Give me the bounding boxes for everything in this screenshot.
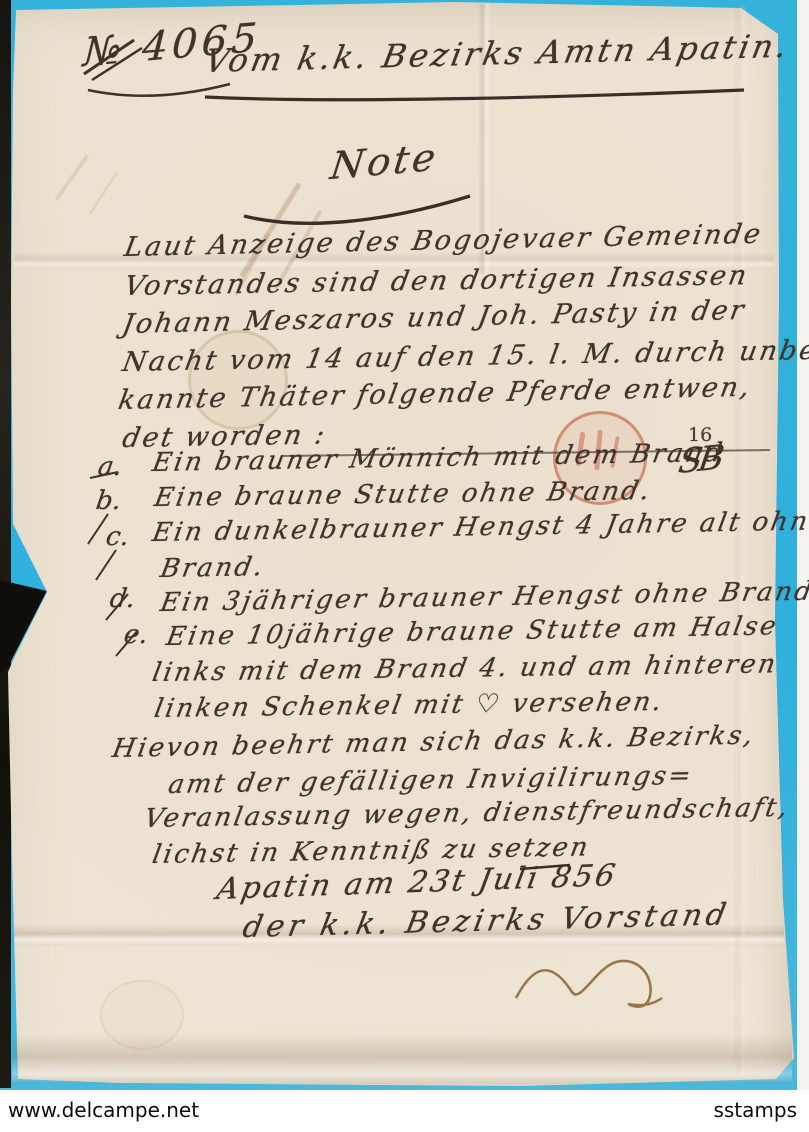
- delcampe-watermark: www.delcampe.net: [8, 1098, 199, 1122]
- scan-right-margin: [797, 0, 809, 1090]
- item-label-a: a.: [96, 452, 124, 482]
- item-label-d: d.: [108, 584, 137, 614]
- sstamps-watermark: sstamps: [713, 1098, 797, 1122]
- item-c-text2: Brand.: [158, 552, 267, 584]
- scan-left-shadow-edge: [0, 0, 11, 1088]
- scanned-letter-page: № 4065 Vom k.k. Bezirks Amtn Apatin. Not…: [0, 0, 809, 1132]
- item-label-c: c.: [104, 522, 131, 552]
- brand-mark-glyph: SB: [676, 438, 723, 482]
- item-label-e: e.: [122, 620, 150, 650]
- item-label-b: b.: [94, 486, 123, 516]
